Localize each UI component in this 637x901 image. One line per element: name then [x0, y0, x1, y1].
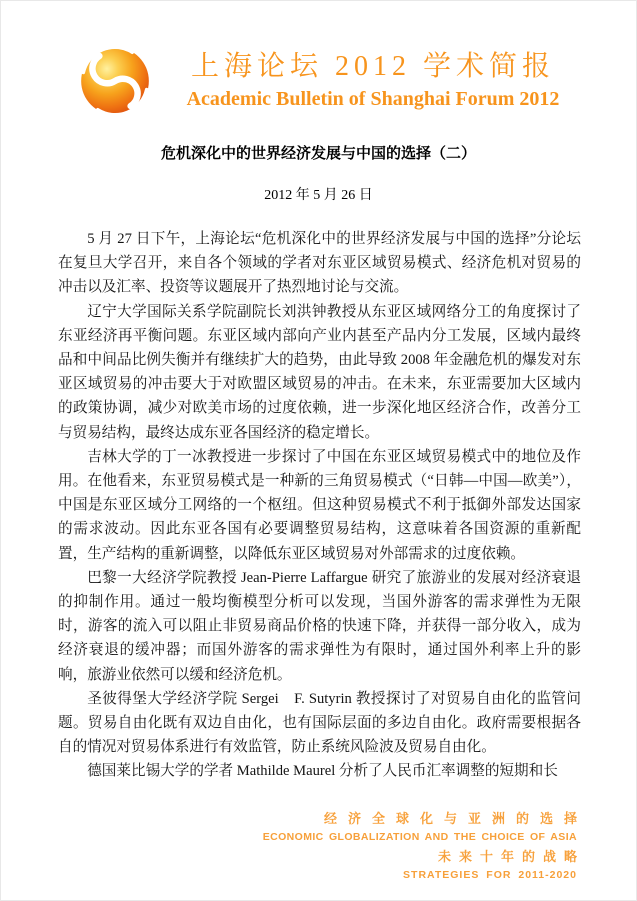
article-body: 5 月 27 日下午，上海论坛“危机深化中的世界经济发展与中国的选择”分论坛在复…: [58, 227, 581, 784]
footer-slogan-cn-2: 未来十年的战略: [263, 847, 585, 866]
shanghai-forum-logo-icon: [79, 45, 151, 117]
bulletin-header: 上海论坛 2012 学术简报 Academic Bulletin of Shan…: [79, 45, 581, 117]
paragraph-laffargue: 巴黎一大经济学院教授 Jean-Pierre Laffargue 研究了旅游业的…: [58, 566, 581, 687]
paragraph-dingyibing: 吉林大学的丁一冰教授进一步探讨了中国在东亚区域贸易模式中的地位及作用。在他看来，…: [58, 445, 581, 566]
bulletin-title-en: Academic Bulletin of Shanghai Forum 2012: [165, 87, 581, 111]
bulletin-titles: 上海论坛 2012 学术简报 Academic Bulletin of Shan…: [151, 51, 581, 111]
paragraph-liuhongzhong: 辽宁大学国际关系学院副院长刘洪钟教授从东亚区域网络分工的角度探讨了东亚经济再平衡…: [58, 300, 581, 445]
paragraph-maurel: 德国莱比锡大学的学者 Mathilde Maurel 分析了人民币汇率调整的短期…: [58, 759, 581, 783]
footer-slogan-en-2: STRATEGIES FOR 2011-2020: [263, 866, 577, 885]
bulletin-title-cn: 上海论坛 2012 学术简报: [165, 51, 581, 83]
article-title: 危机深化中的世界经济发展与中国的选择（二）: [1, 142, 636, 163]
paragraph-intro: 5 月 27 日下午，上海论坛“危机深化中的世界经济发展与中国的选择”分论坛在复…: [58, 227, 581, 300]
bulletin-page: 上海论坛 2012 学术简报 Academic Bulletin of Shan…: [0, 0, 637, 901]
footer-slogan: 经济全球化与亚洲的选择 ECONOMIC GLOBALIZATION AND T…: [263, 809, 577, 885]
footer-slogan-cn-1: 经济全球化与亚洲的选择: [263, 809, 588, 828]
footer-slogan-en-1: ECONOMIC GLOBALIZATION AND THE CHOICE OF…: [263, 828, 577, 847]
paragraph-sutyrin: 圣彼得堡大学经济学院 Sergei F. Sutyrin 教授探讨了对贸易自由化…: [58, 687, 581, 760]
article-date: 2012 年 5 月 26 日: [1, 184, 636, 204]
